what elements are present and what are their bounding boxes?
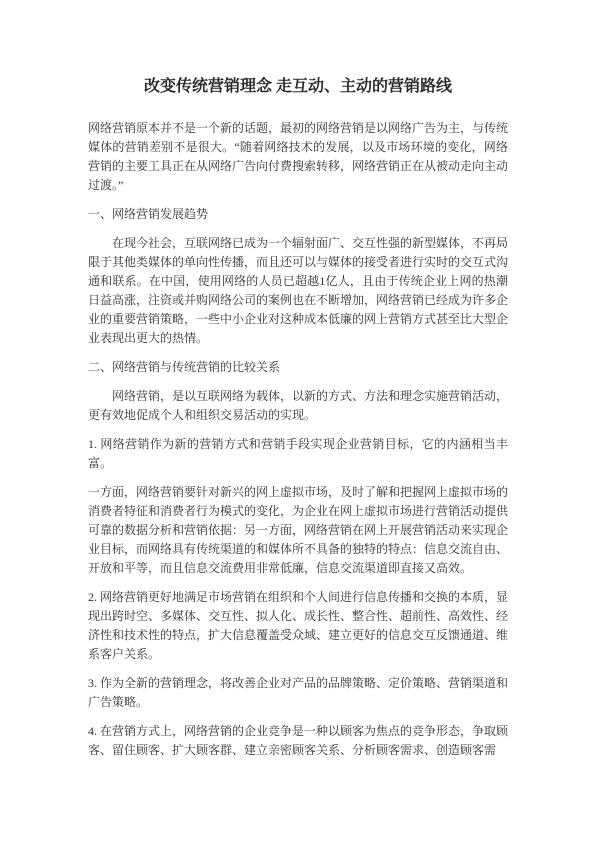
numbered-item-2: 2. 网络营销更好地满足市场营销在组织和个人间进行信息传播和交换的本质，显现出跨… bbox=[88, 588, 508, 664]
section-1-paragraph: 在现今社会，互联网络已成为一个辐射面广、交互性强的新型媒体，不再局限于其他类媒体… bbox=[88, 234, 508, 348]
section-1-heading: 一、网络营销发展趋势 bbox=[88, 205, 508, 224]
numbered-item-1: 1. 网络营销作为新的营销方式和营销手段实现企业营销目标，它的内涵相当丰富。 bbox=[88, 435, 508, 473]
intro-paragraph: 网络营销原本并不是一个新的话题，最初的网络营销是以网络广告为主，与传统媒体的营销… bbox=[88, 119, 508, 195]
section-2-heading: 二、网络营销与传统营销的比较关系 bbox=[88, 358, 508, 377]
document-title: 改变传统营销理念 走互动、主动的营销路线 bbox=[88, 76, 508, 98]
numbered-item-4-truncated: 4. 在营销方式上，网络营销的企业竞争是一种以顾客为焦点的竞争形态，争取顾客、留… bbox=[88, 722, 508, 760]
numbered-item-3: 3. 作为全新的营销理念，将改善企业对产品的品牌策略、定价策略、营销渠道和广告策… bbox=[88, 674, 508, 712]
aspects-paragraph: 一方面，网络营销要针对新兴的网上虚拟市场，及时了解和把握网上虚拟市场的消费者特征… bbox=[88, 483, 508, 578]
document-page: 改变传统营销理念 走互动、主动的营销路线 网络营销原本并不是一个新的话题，最初的… bbox=[0, 0, 595, 842]
section-2-intro-paragraph: 网络营销，是以互联网络为载体，以新的方式、方法和理念实施营销活动，更有效地促成个… bbox=[88, 387, 508, 425]
